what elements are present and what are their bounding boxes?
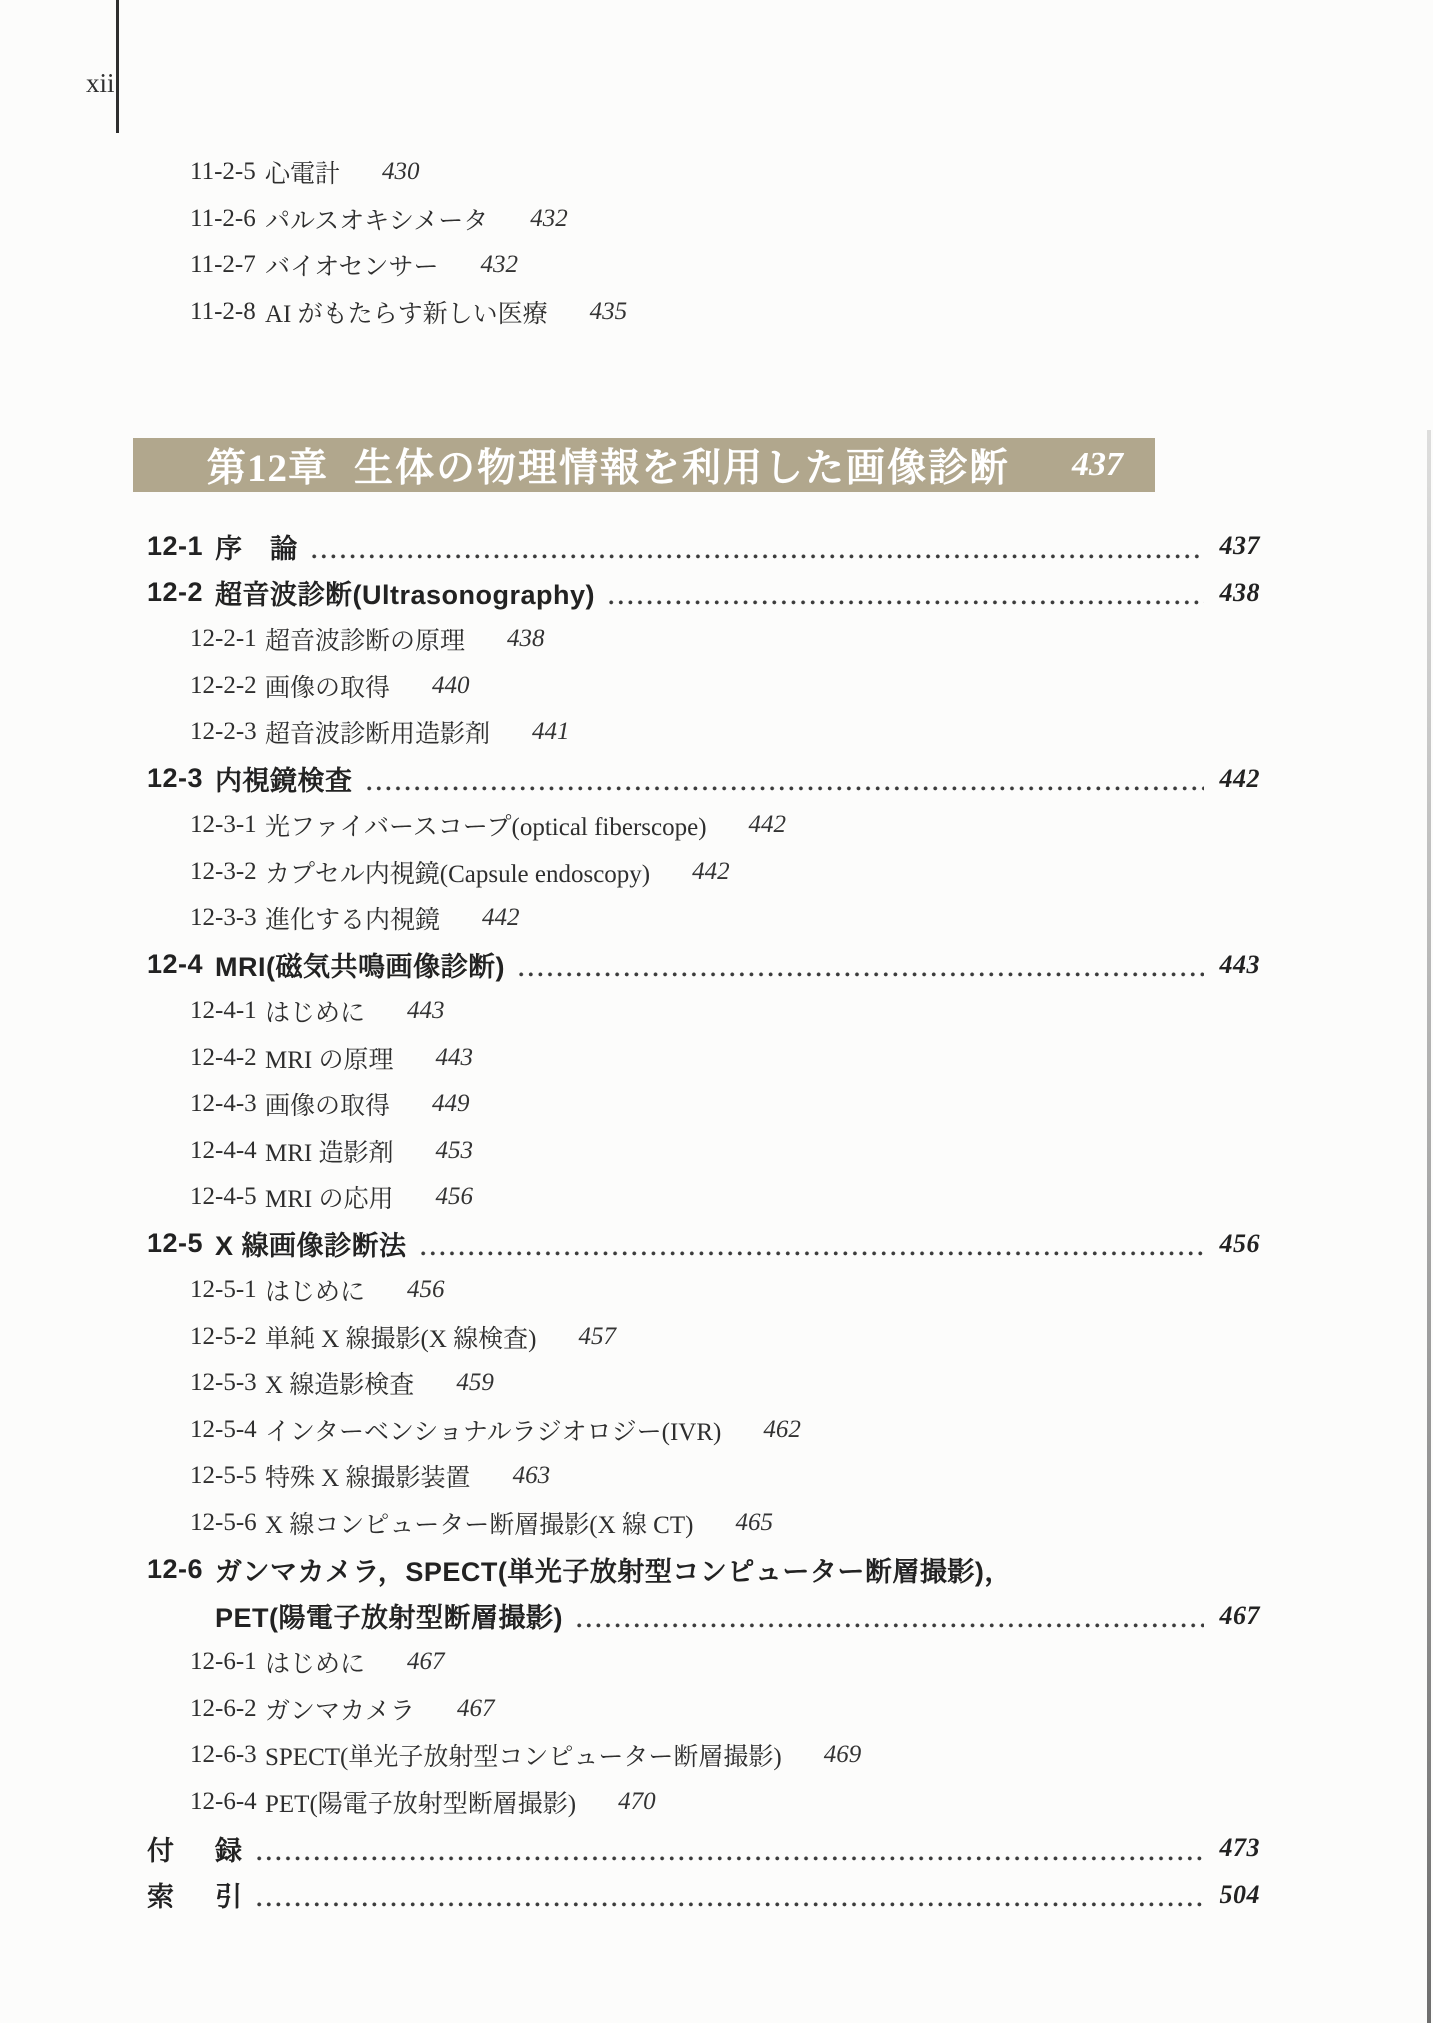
subsection-title: はじめに xyxy=(265,1644,365,1680)
chapter-number: 第12章 xyxy=(207,437,328,493)
toc-subsection-row: 12-2-3 超音波診断用造影剤 441 xyxy=(147,709,1260,756)
section-page-number: 504 xyxy=(1208,1880,1260,1910)
subsection-page-number: 467 xyxy=(457,1695,495,1723)
section-title: 序 論 xyxy=(215,527,298,566)
chapter-heading-bar: 第12章 生体の物理情報を利用した画像診断 437 xyxy=(133,438,1155,492)
subsection-number: 12-5-5 xyxy=(190,1462,265,1490)
toc-subsection-row: 12-5-2 単純 X 線撮影(X 線検査) 457 xyxy=(147,1314,1260,1361)
subsection-title: PET(陽電子放射型断層撮影) xyxy=(265,1784,576,1820)
subsection-number: 11-2-6 xyxy=(190,205,265,233)
subsection-number: 12-6-1 xyxy=(190,1648,265,1676)
subsection-page-number: 456 xyxy=(435,1183,473,1211)
subsection-number: 12-5-3 xyxy=(190,1369,265,1397)
toc-subsection-row: 12-4-1 はじめに 443 xyxy=(147,988,1260,1035)
subsection-title: 特殊 X 線撮影装置 xyxy=(265,1458,471,1494)
subsection-page-number: 443 xyxy=(435,1044,473,1072)
section-number: 12-4 xyxy=(147,949,215,980)
subsection-page-number: 440 xyxy=(432,672,470,700)
toc-carryover-list: 11-2-5 心電計 430 11-2-6 パルスオキシメータ 432 11-2… xyxy=(147,149,1260,335)
toc-subsection-row: 12-6-3 SPECT(単光子放射型コンピューター断層撮影) 469 xyxy=(147,1732,1260,1779)
subsection-title: パルスオキシメータ xyxy=(265,201,488,237)
toc-subsection-row: 12-3-3 進化する内視鏡 442 xyxy=(147,895,1260,942)
toc-subsection-row: 12-5-1 はじめに 456 xyxy=(147,1267,1260,1314)
subsection-title: インターベンショナルラジオロジー(IVR) xyxy=(265,1412,721,1448)
section-title: 超音波診断(Ultrasonography) xyxy=(215,573,595,612)
section-title: PET(陽電子放射型断層撮影) xyxy=(215,1596,563,1635)
subsection-page-number: 469 xyxy=(824,1741,862,1769)
subsection-title: SPECT(単光子放射型コンピューター断層撮影) xyxy=(265,1737,782,1773)
subsection-page-number: 470 xyxy=(618,1788,656,1816)
subsection-title: ガンマカメラ xyxy=(265,1691,415,1727)
toc-subsection-row: 12-4-2 MRI の原理 443 xyxy=(147,1035,1260,1082)
subsection-page-number: 467 xyxy=(407,1648,445,1676)
subsection-title: はじめに xyxy=(265,993,365,1029)
subsection-page-number: 432 xyxy=(481,251,519,279)
subsection-title: AI がもたらす新しい医療 xyxy=(265,294,548,330)
subsection-title: カプセル内視鏡(Capsule endoscopy) xyxy=(265,854,650,890)
subsection-page-number: 456 xyxy=(407,1276,445,1304)
subsection-title: X 線造影検査 xyxy=(265,1365,414,1401)
subsection-page-number: 462 xyxy=(763,1416,801,1444)
toc-subsection-row: 12-6-2 ガンマカメラ 467 xyxy=(147,1686,1260,1733)
subsection-number: 11-2-8 xyxy=(190,298,265,326)
section-page-number: 443 xyxy=(1208,950,1260,980)
section-title: MRI(磁気共鳴画像診断) xyxy=(215,945,505,984)
chapter-title: 生体の物理情報を利用した画像診断 xyxy=(354,437,1010,493)
subsection-number: 12-3-2 xyxy=(190,858,265,886)
section-number: 索 xyxy=(147,1875,215,1914)
subsection-page-number: 441 xyxy=(532,718,570,746)
section-page-number: 438 xyxy=(1208,578,1260,608)
section-page-number: 442 xyxy=(1208,764,1260,794)
dot-leader xyxy=(257,1856,1205,1861)
subsection-number: 12-5-2 xyxy=(190,1323,265,1351)
toc-section-row: 12-5 X 線画像診断法 456 xyxy=(147,1221,1260,1268)
subsection-page-number: 453 xyxy=(435,1137,473,1165)
subsection-page-number: 432 xyxy=(530,205,568,233)
section-page-number: 473 xyxy=(1208,1833,1260,1863)
subsection-title: 光ファイバースコープ(optical fiberscope) xyxy=(265,807,707,843)
subsection-title: X 線コンピューター断層撮影(X 線 CT) xyxy=(265,1505,693,1541)
subsection-number: 12-6-4 xyxy=(190,1788,265,1816)
subsection-number: 12-3-3 xyxy=(190,904,265,932)
subsection-page-number: 465 xyxy=(735,1509,773,1537)
subsection-title: MRI の原理 xyxy=(265,1040,393,1076)
subsection-title: バイオセンサー xyxy=(265,247,439,283)
section-title: 内視鏡検査 xyxy=(215,759,353,798)
toc-subsection-row: 11-2-5 心電計 430 xyxy=(147,149,1260,196)
book-toc-page: { "page": { "folio": "xii" }, "chapter":… xyxy=(0,0,1433,2023)
subsection-page-number: 438 xyxy=(507,625,545,653)
section-page-number: 456 xyxy=(1208,1229,1260,1259)
toc-section-row: 12-6 ガンマカメラ，SPECT(単光子放射型コンピューター断層撮影)， xyxy=(147,1546,1260,1593)
subsection-title: 進化する内視鏡 xyxy=(265,900,440,936)
subsection-number: 12-4-1 xyxy=(190,997,265,1025)
toc-subsection-row: 12-5-6 X 線コンピューター断層撮影(X 線 CT) 465 xyxy=(147,1500,1260,1547)
dot-leader xyxy=(367,786,1205,791)
subsection-page-number: 459 xyxy=(456,1369,494,1397)
subsection-number: 12-2-3 xyxy=(190,718,265,746)
subsection-page-number: 442 xyxy=(482,904,520,932)
toc-section-row: 12-3 内視鏡検査 442 xyxy=(147,756,1260,803)
toc-section-row: 12-1 序 論 437 xyxy=(147,523,1260,570)
subsection-page-number: 463 xyxy=(513,1462,551,1490)
toc-subsection-row: 12-2-2 画像の取得 440 xyxy=(147,663,1260,710)
toc-section-row: 12-4 MRI(磁気共鳴画像診断) 443 xyxy=(147,942,1260,989)
dot-leader xyxy=(257,1902,1205,1907)
subsection-number: 12-2-2 xyxy=(190,672,265,700)
subsection-title: はじめに xyxy=(265,1272,365,1308)
subsection-page-number: 442 xyxy=(749,811,787,839)
toc-subsection-row: 11-2-7 バイオセンサー 432 xyxy=(147,242,1260,289)
toc-subsection-row: 12-3-2 カプセル内視鏡(Capsule endoscopy) 442 xyxy=(147,849,1260,896)
subsection-number: 11-2-7 xyxy=(190,251,265,279)
dot-leader xyxy=(421,1251,1204,1256)
subsection-number: 12-4-2 xyxy=(190,1044,265,1072)
section-number: 12-2 xyxy=(147,577,215,608)
toc-subsection-row: 12-4-5 MRI の応用 456 xyxy=(147,1174,1260,1221)
dot-leader xyxy=(577,1623,1204,1628)
subsection-number: 12-5-6 xyxy=(190,1509,265,1537)
subsection-page-number: 449 xyxy=(432,1090,470,1118)
subsection-title: 単純 X 線撮影(X 線検査) xyxy=(265,1319,537,1355)
subsection-title: MRI 造影剤 xyxy=(265,1133,393,1169)
subsection-title: 心電計 xyxy=(265,154,340,190)
subsection-title: 画像の取得 xyxy=(265,1086,390,1122)
section-number: 12-5 xyxy=(147,1228,215,1259)
section-title: 録 xyxy=(215,1829,243,1868)
subsection-page-number: 443 xyxy=(407,997,445,1025)
section-number: 12-1 xyxy=(147,531,215,562)
dot-leader xyxy=(609,600,1204,605)
section-page-number: 437 xyxy=(1208,531,1260,561)
section-number: 12-3 xyxy=(147,763,215,794)
toc-subsection-row: 12-4-4 MRI 造影剤 453 xyxy=(147,1128,1260,1175)
toc-subsection-row: 12-3-1 光ファイバースコープ(optical fiberscope) 44… xyxy=(147,802,1260,849)
subsection-number: 12-2-1 xyxy=(190,625,265,653)
toc-list: 12-1 序 論 437 12-2 超音波診断(Ultrasonography)… xyxy=(147,523,1260,1918)
toc-subsection-row: 12-4-3 画像の取得 449 xyxy=(147,1081,1260,1128)
subsection-page-number: 457 xyxy=(579,1323,617,1351)
section-title: 引 xyxy=(215,1875,243,1914)
subsection-page-number: 442 xyxy=(692,858,730,886)
section-title: ガンマカメラ，SPECT(単光子放射型コンピューター断層撮影)， xyxy=(215,1550,1012,1589)
subsection-number: 12-6-3 xyxy=(190,1741,265,1769)
subsection-number: 12-4-4 xyxy=(190,1137,265,1165)
toc-subsection-row: 11-2-6 パルスオキシメータ 432 xyxy=(147,196,1260,243)
section-title: X 線画像診断法 xyxy=(215,1224,407,1263)
folio-divider-rule xyxy=(116,0,119,133)
subsection-page-number: 435 xyxy=(590,298,628,326)
dot-leader xyxy=(312,554,1205,559)
subsection-number: 12-5-4 xyxy=(190,1416,265,1444)
section-number: 付 xyxy=(147,1829,215,1868)
subsection-title: 画像の取得 xyxy=(265,668,390,704)
toc-subsection-row: 12-6-4 PET(陽電子放射型断層撮影) 470 xyxy=(147,1779,1260,1826)
page-folio: xii xyxy=(86,68,115,99)
scan-edge-shadow xyxy=(1427,430,1431,2023)
toc-subsection-row: 12-5-4 インターベンショナルラジオロジー(IVR) 462 xyxy=(147,1407,1260,1454)
subsection-title: 超音波診断用造影剤 xyxy=(265,714,490,750)
subsection-number: 12-6-2 xyxy=(190,1695,265,1723)
subsection-number: 12-4-3 xyxy=(190,1090,265,1118)
subsection-number: 12-5-1 xyxy=(190,1276,265,1304)
dot-leader xyxy=(519,972,1204,977)
chapter-page-number: 437 xyxy=(1072,446,1123,484)
toc-subsection-row: 11-2-8 AI がもたらす新しい医療 435 xyxy=(147,289,1260,336)
subsection-number: 12-3-1 xyxy=(190,811,265,839)
toc-subsection-row: 12-6-1 はじめに 467 xyxy=(147,1639,1260,1686)
subsection-page-number: 430 xyxy=(382,158,420,186)
section-page-number: 467 xyxy=(1208,1601,1260,1631)
toc-section-row: PET(陽電子放射型断層撮影) 467 xyxy=(147,1593,1260,1640)
subsection-number: 12-4-5 xyxy=(190,1183,265,1211)
toc-section-row: 付 録 473 xyxy=(147,1825,1260,1872)
toc-subsection-row: 12-2-1 超音波診断の原理 438 xyxy=(147,616,1260,663)
subsection-title: 超音波診断の原理 xyxy=(265,621,465,657)
section-number: 12-6 xyxy=(147,1554,215,1585)
subsection-title: MRI の応用 xyxy=(265,1179,393,1215)
toc-subsection-row: 12-5-3 X 線造影検査 459 xyxy=(147,1360,1260,1407)
toc-section-row: 索 引 504 xyxy=(147,1872,1260,1919)
subsection-number: 11-2-5 xyxy=(190,158,265,186)
toc-section-row: 12-2 超音波診断(Ultrasonography) 438 xyxy=(147,570,1260,617)
toc-subsection-row: 12-5-5 特殊 X 線撮影装置 463 xyxy=(147,1453,1260,1500)
